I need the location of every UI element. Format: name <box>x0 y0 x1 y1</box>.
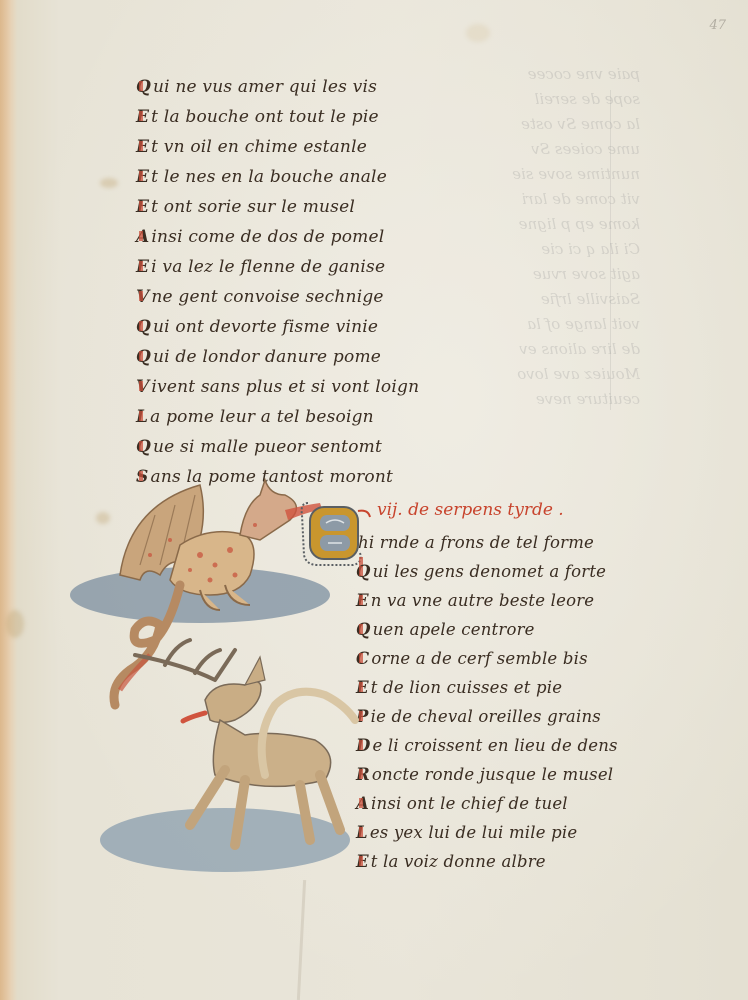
line-initial: Q <box>136 342 151 372</box>
stain <box>100 178 118 188</box>
line-initial: E <box>136 132 149 162</box>
text-line: Et le nes en la bouche anale <box>136 162 476 192</box>
text-line: Vne gent convoise sechnige <box>136 282 476 312</box>
text-line: hi rnde a frons de tel forme <box>356 528 676 557</box>
line-initial: E <box>136 162 149 192</box>
binding-edge <box>0 0 16 1000</box>
line-initial: L <box>136 402 148 432</box>
text-line: La pome leur a tel besoign <box>136 402 476 432</box>
line-initial: V <box>136 282 149 312</box>
text-line: Et vn oil en chime estanle <box>136 132 476 162</box>
text-line: Les yex lui de lui mile pie <box>356 818 676 847</box>
text-line: Et ont sorie sur le musel <box>136 192 476 222</box>
manuscript-page: 47 paie vne coceesope de sereilla come S… <box>0 0 748 1000</box>
text-line: Et la voiz donne albre <box>356 847 676 876</box>
line-initial: Q <box>356 557 371 586</box>
text-line: Ainsi come de dos de pomel <box>136 222 476 252</box>
text-line: Qui de londor danure pome <box>136 342 476 372</box>
line-initial: V <box>136 372 149 402</box>
line-initial: E <box>136 102 149 132</box>
text-line: Ainsi ont le chief de tuel <box>356 789 676 818</box>
text-line: Qui ne vus amer qui les vis <box>136 72 476 102</box>
lower-text-column: hi rnde a frons de tel forme Qui les gen… <box>356 528 676 876</box>
line-initial: Q <box>136 312 151 342</box>
line-initial: E <box>136 192 149 222</box>
line-initial: E <box>356 586 369 615</box>
text-line: Ei va lez le flenne de ganise <box>136 252 476 282</box>
ruling-line <box>610 90 611 410</box>
stain <box>466 24 490 42</box>
text-line: Et la bouche ont tout le pie <box>136 102 476 132</box>
folio-number: 47 <box>709 18 726 33</box>
text-line: Quen apele centrore <box>356 615 676 644</box>
line-initial: A <box>136 222 149 252</box>
text-line: Pie de cheval oreilles grains <box>356 702 676 731</box>
stain <box>6 610 24 638</box>
line-initial: Q <box>136 432 151 462</box>
text-line: Vivent sans plus et si vont loign <box>136 372 476 402</box>
text-line: De li croissent en lieu de dens <box>356 731 676 760</box>
text-line: Et de lion cuisses et pie <box>356 673 676 702</box>
text-line: Qui les gens denomet a forte <box>356 557 676 586</box>
text-line: Que si malle pueor sentomt <box>136 432 476 462</box>
text-line: En va vne autre beste leore <box>356 586 676 615</box>
text-line: Qui ont devorte fisme vinie <box>136 312 476 342</box>
text-line: Roncte ronde jusque le musel <box>356 760 676 789</box>
page-crease <box>297 880 306 1000</box>
centicore-illustration <box>95 635 385 885</box>
text-line: Corne a de cerf semble bis <box>356 644 676 673</box>
line-initial: E <box>136 252 149 282</box>
line-initial: Q <box>136 72 151 102</box>
upper-text-column: Qui ne vus amer qui les vis Et la bouche… <box>136 72 476 492</box>
section-rubric: vij. de serpens tyrde . <box>377 500 564 520</box>
